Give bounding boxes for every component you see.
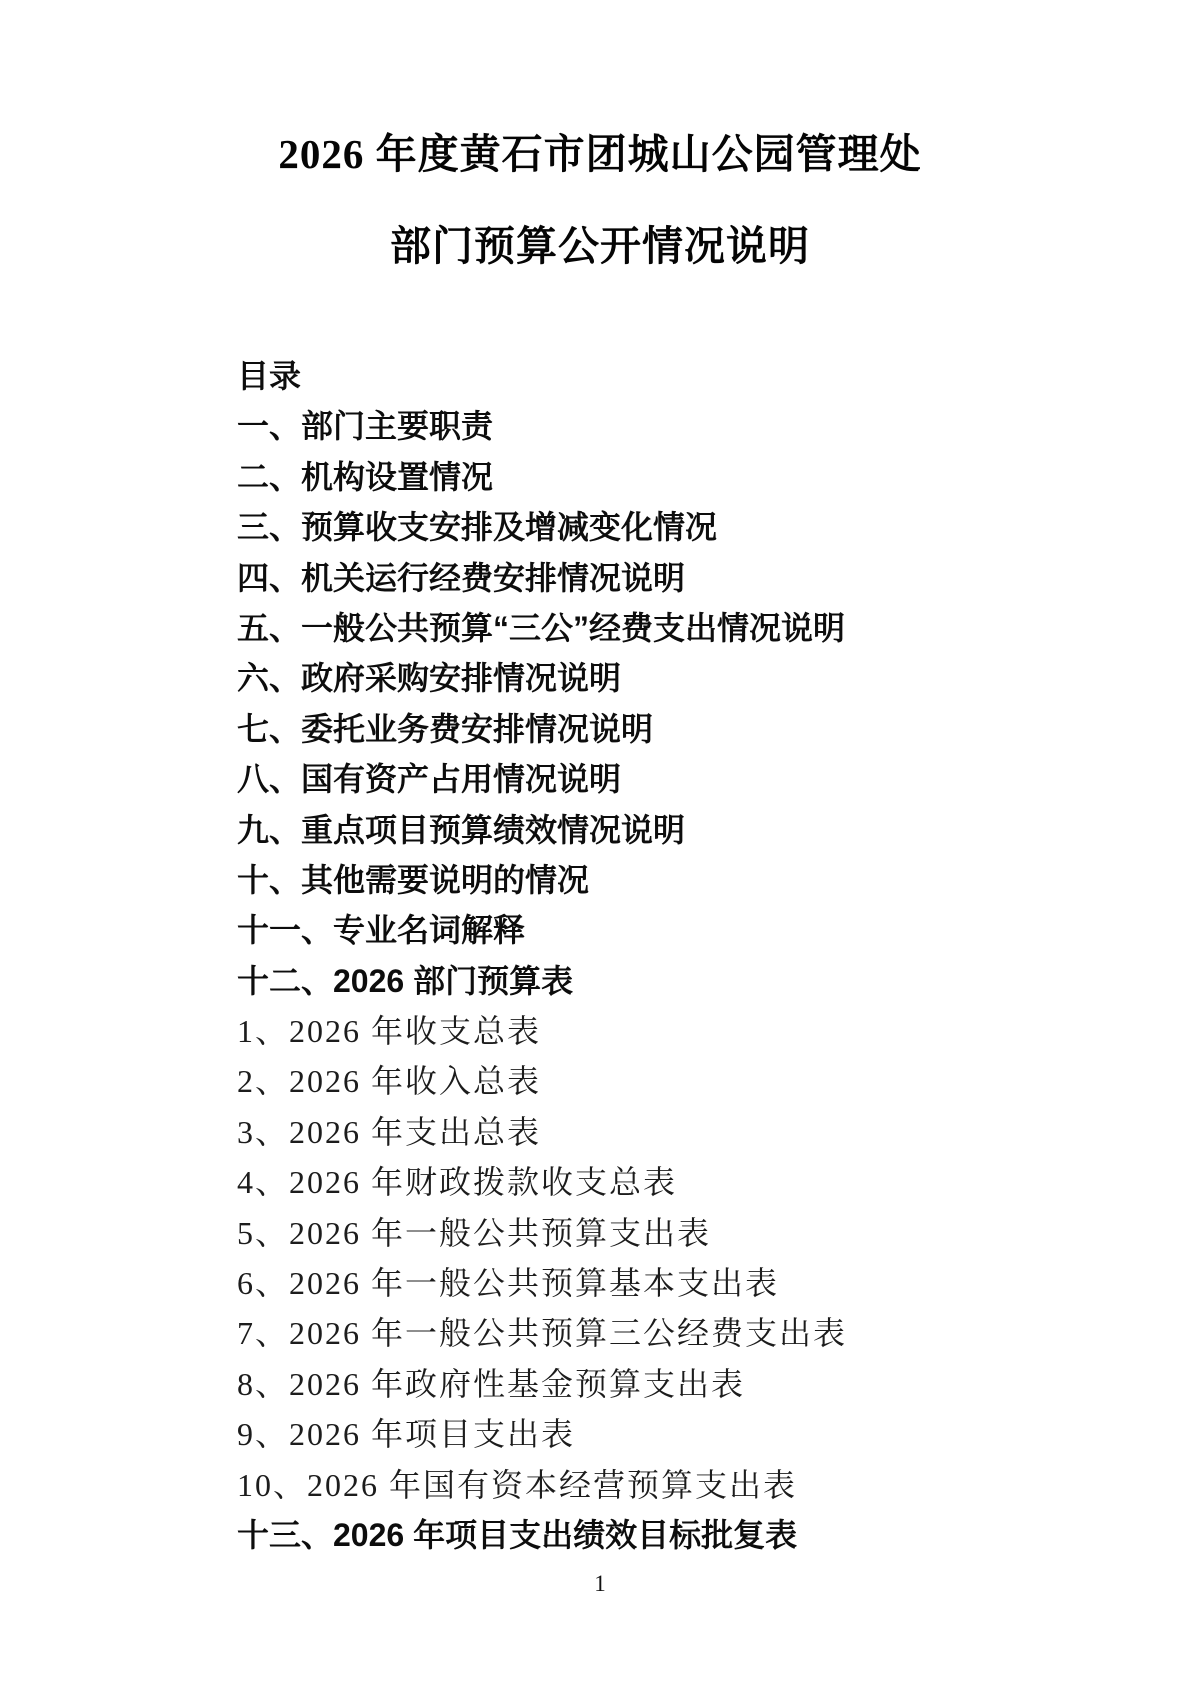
toc-item-table-8: 8、2026 年政府性基金预算支出表 — [237, 1359, 1167, 1409]
toc-item-table-2: 2、2026 年收入总表 — [237, 1056, 1167, 1106]
page-title-line2: 部门预算公开情况说明 — [0, 226, 1200, 267]
table-of-contents: 目录 一、部门主要职责 二、机构设置情况 三、预算收支安排及增减变化情况 四、机… — [237, 351, 1167, 1560]
toc-item-table-7: 7、2026 年一般公共预算三公经费支出表 — [237, 1308, 1167, 1358]
toc-item-section-3: 三、预算收支安排及增减变化情况 — [237, 502, 1167, 552]
toc-item-section-8: 八、国有资产占用情况说明 — [237, 754, 1167, 804]
toc-item-section-11: 十一、专业名词解释 — [237, 905, 1167, 955]
toc-item-section-1: 一、部门主要职责 — [237, 401, 1167, 451]
page-number: 1 — [0, 1572, 1200, 1595]
toc-item-table-10: 10、2026 年国有资本经营预算支出表 — [237, 1460, 1167, 1510]
toc-item-section-12: 十二、2026 部门预算表 — [237, 956, 1167, 1006]
toc-item-table-3: 3、2026 年支出总表 — [237, 1107, 1167, 1157]
toc-item-section-4: 四、机关运行经费安排情况说明 — [237, 553, 1167, 603]
toc-item-section-5: 五、一般公共预算“三公”经费支出情况说明 — [237, 603, 1167, 653]
toc-item-section-9: 九、重点项目预算绩效情况说明 — [237, 805, 1167, 855]
toc-item-section-10: 十、其他需要说明的情况 — [237, 855, 1167, 905]
toc-item-section-6: 六、政府采购安排情况说明 — [237, 653, 1167, 703]
toc-item-section-2: 二、机构设置情况 — [237, 452, 1167, 502]
toc-item-section-7: 七、委托业务费安排情况说明 — [237, 704, 1167, 754]
toc-item-section-13: 十三、2026 年项目支出绩效目标批复表 — [237, 1510, 1167, 1560]
document-page: 2026 年度黄石市团城山公园管理处 部门预算公开情况说明 目录 一、部门主要职… — [0, 0, 1200, 1697]
toc-heading: 目录 — [237, 351, 1167, 401]
toc-item-table-6: 6、2026 年一般公共预算基本支出表 — [237, 1258, 1167, 1308]
toc-item-table-4: 4、2026 年财政拨款收支总表 — [237, 1157, 1167, 1207]
toc-item-table-9: 9、2026 年项目支出表 — [237, 1409, 1167, 1459]
toc-item-table-5: 5、2026 年一般公共预算支出表 — [237, 1208, 1167, 1258]
toc-item-table-1: 1、2026 年收支总表 — [237, 1006, 1167, 1056]
page-title-line1: 2026 年度黄石市团城山公园管理处 — [0, 134, 1200, 175]
